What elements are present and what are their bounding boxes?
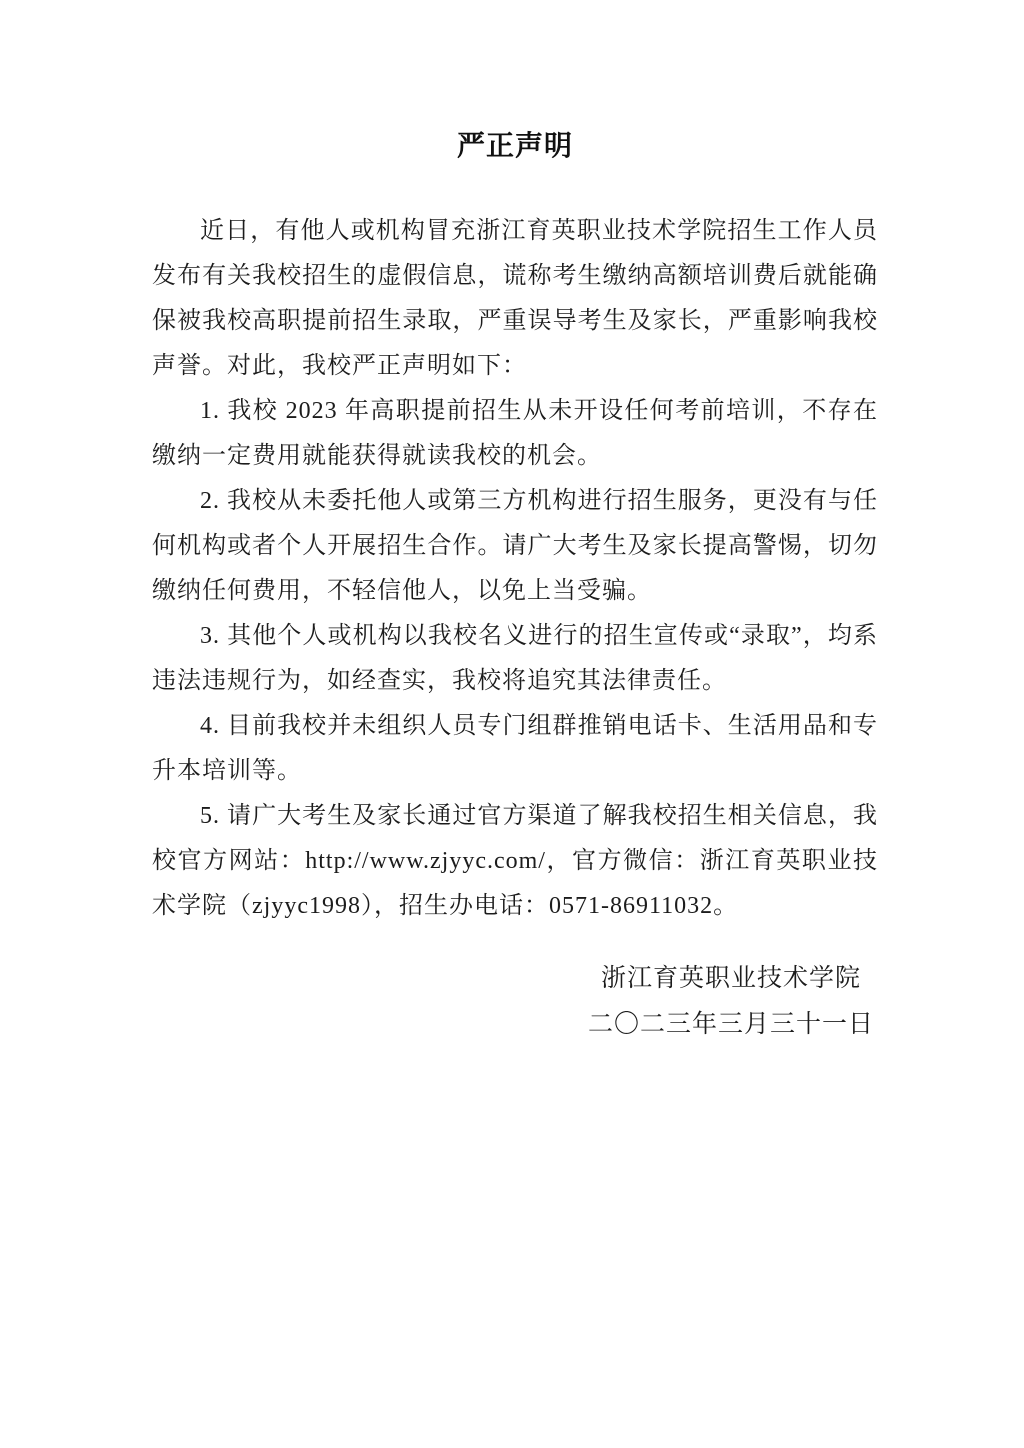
statement-item-5: 5. 请广大考生及家长通过官方渠道了解我校招生相关信息，我校官方网站：http:… (152, 794, 878, 929)
statement-item-1: 1. 我校 2023 年高职提前招生从未开设任何考前培训，不存在缴纳一定费用就能… (152, 389, 878, 479)
statement-item-4: 4. 目前我校并未组织人员专门组群推销电话卡、生活用品和专升本培训等。 (152, 704, 878, 794)
signature-date: 二〇二三年三月三十一日 (588, 1002, 874, 1048)
statement-document: 严正声明 近日，有他人或机构冒充浙江育英职业技术学院招生工作人员发布有关我校招生… (0, 0, 1024, 1048)
document-page: 严正声明 近日，有他人或机构冒充浙江育英职业技术学院招生工作人员发布有关我校招生… (0, 0, 1024, 1448)
statement-item-3: 3. 其他个人或机构以我校名义进行的招生宣传或“录取”，均系违法违规行为，如经查… (152, 614, 878, 704)
signature-org: 浙江育英职业技术学院 (588, 956, 874, 1002)
statement-item-2: 2. 我校从未委托他人或第三方机构进行招生服务，更没有与任何机构或者个人开展招生… (152, 479, 878, 614)
document-title: 严正声明 (152, 131, 878, 163)
signature-block: 浙江育英职业技术学院 二〇二三年三月三十一日 (588, 956, 874, 1048)
intro-paragraph: 近日，有他人或机构冒充浙江育英职业技术学院招生工作人员发布有关我校招生的虚假信息… (152, 209, 878, 389)
